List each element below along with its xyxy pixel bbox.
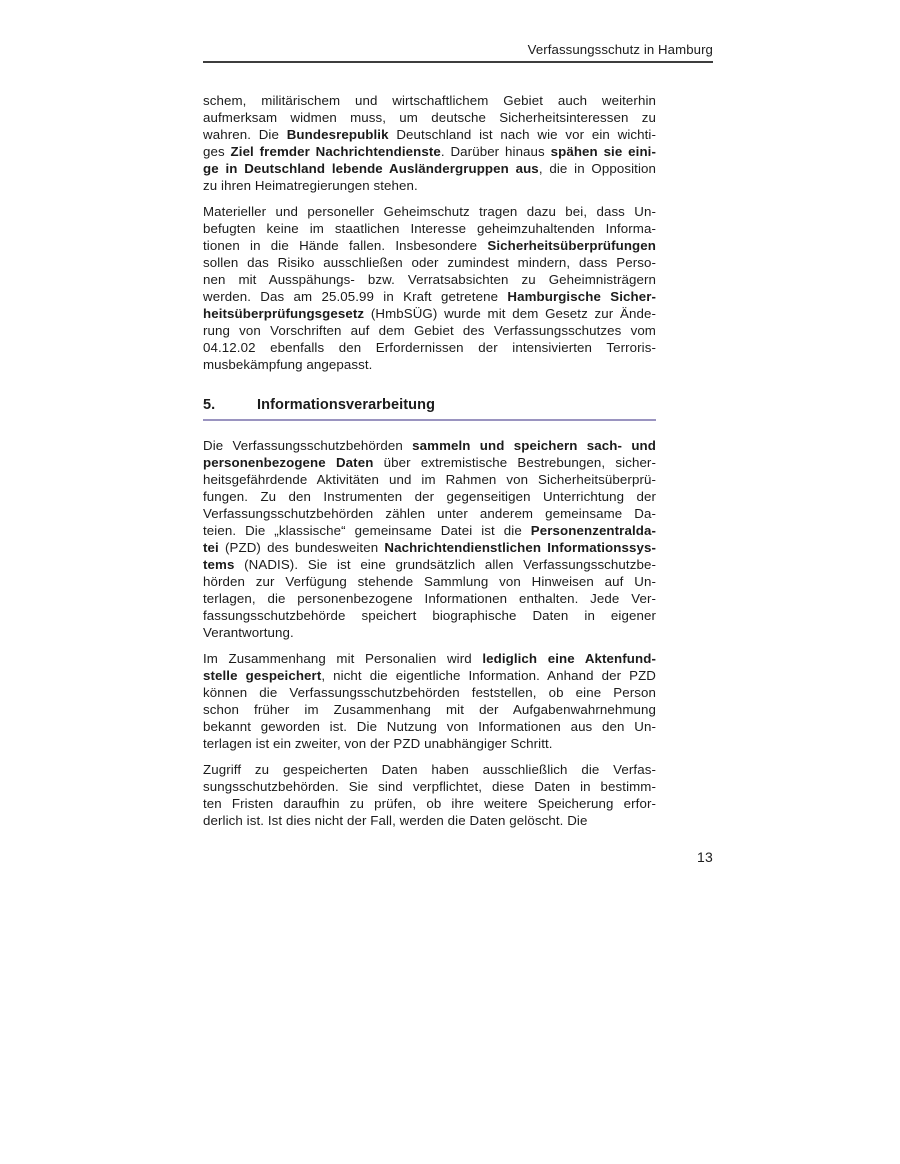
page-header-title: Verfassungsschutz in Hamburg [528, 42, 713, 57]
bold-text-run: Nachrichtendienstlichen Informationssys- [384, 540, 656, 555]
text-run: (NADIS). Sie ist eine grundsätzlich alle… [234, 557, 656, 572]
text-line: heitsgefährdende Aktivitäten und im Rahm… [203, 471, 656, 488]
text-line: zu ihren Heimatregierungen stehen. [203, 177, 656, 194]
text-line: Im Zusammenhang mit Personalien wird led… [203, 650, 656, 667]
text-run: Verfassungsschutzbehörden zählen unter a… [203, 506, 656, 521]
text-line: tems (NADIS). Sie ist eine grundsätzlich… [203, 556, 656, 573]
text-run: hörden zur Verfügung stehende Sammlung v… [203, 574, 656, 589]
text-run: sungsschutzbehörden. Sie sind verpflicht… [203, 779, 656, 794]
paragraph: schem, militärischem und wirtschaftliche… [203, 92, 656, 194]
text-line: terlagen, die personenbezogene Informati… [203, 590, 656, 607]
text-run: schem, militärischem und wirtschaftliche… [203, 93, 656, 108]
text-run: sollen das Risiko ausschließen oder zumi… [203, 255, 656, 270]
text-line: hörden zur Verfügung stehende Sammlung v… [203, 573, 656, 590]
text-line: Verantwortung. [203, 624, 656, 641]
text-line: Zugriff zu gespeicherten Daten haben aus… [203, 761, 656, 778]
text-run: befugten keine im staatlichen Interesse … [203, 221, 656, 236]
bold-text-run: ge in Deutschland lebende Ausländergrupp… [203, 161, 539, 176]
text-run: terlagen, die personenbezogene Informati… [203, 591, 656, 606]
text-run: Verantwortung. [203, 625, 294, 640]
text-run: 04.12.02 ebenfalls den Erfordernissen de… [203, 340, 656, 355]
text-run: . Darüber hinaus [441, 144, 551, 159]
text-line: musbekämpfung angepasst. [203, 356, 656, 373]
text-line: können die Verfassungsschutzbehörden fes… [203, 684, 656, 701]
text-line: 04.12.02 ebenfalls den Erfordernissen de… [203, 339, 656, 356]
text-line: befugten keine im staatlichen Interesse … [203, 220, 656, 237]
text-run: , die in Opposition [539, 161, 656, 176]
bold-text-run: Sicherheitsüberprüfungen [487, 238, 656, 253]
text-line: tei (PZD) des bundesweiten Nachrichtendi… [203, 539, 656, 556]
text-run: werden. Das am 25.05.99 in Kraft getrete… [203, 289, 507, 304]
text-line: ge in Deutschland lebende Ausländergrupp… [203, 160, 656, 177]
text-line: terlagen ist ein zweiter, von der PZD un… [203, 735, 656, 752]
text-run: Die Verfassungsschutzbehörden [203, 438, 412, 453]
section-heading-title: Informationsverarbeitung [257, 397, 435, 413]
text-line: fassungsschutzbehörde speichert biograph… [203, 607, 656, 624]
bold-text-run: tems [203, 557, 234, 572]
bold-text-run: lediglich eine Aktenfund- [482, 651, 656, 666]
page-header: Verfassungsschutz in Hamburg [203, 42, 713, 63]
text-line: aufmerksam widmen muss, um deutsche Sich… [203, 109, 656, 126]
paragraph: Die Verfassungsschutzbehörden sammeln un… [203, 437, 656, 641]
text-line: schem, militärischem und wirtschaftliche… [203, 92, 656, 109]
paragraph: Materieller und personeller Geheimschutz… [203, 203, 656, 373]
page-number: 13 [697, 849, 713, 865]
bold-text-run: Ziel fremder Nachrichtendienste [231, 144, 441, 159]
text-run: tionen in die Hände fallen. Insbesondere [203, 238, 487, 253]
section-heading: 5.Informationsverarbeitung [203, 385, 656, 421]
text-run: Deutschland ist nach wie vor ein wichti- [389, 127, 656, 142]
text-line: bekannt geworden ist. Die Nutzung von In… [203, 718, 656, 735]
text-line: stelle gespeichert, nicht die eigentlich… [203, 667, 656, 684]
text-run: bekannt geworden ist. Die Nutzung von In… [203, 719, 656, 734]
text-line: sungsschutzbehörden. Sie sind verpflicht… [203, 778, 656, 795]
text-run: aufmerksam widmen muss, um deutsche Sich… [203, 110, 656, 125]
text-line: fungen. Zu den Instrumenten der gegensei… [203, 488, 656, 505]
section-heading-number: 5. [203, 397, 257, 414]
bold-text-run: heitsüberprüfungsgesetz [203, 306, 364, 321]
text-line: Materieller und personeller Geheimschutz… [203, 203, 656, 220]
text-run: fassungsschutzbehörde speichert biograph… [203, 608, 656, 623]
text-run: ges [203, 144, 231, 159]
text-run: ten Fristen daraufhin zu prüfen, ob ihre… [203, 796, 656, 811]
text-run: können die Verfassungsschutzbehörden fes… [203, 685, 656, 700]
bold-text-run: tei [203, 540, 219, 555]
text-run: nen mit Ausspähungs- bzw. Verratsabsicht… [203, 272, 656, 287]
page-footer: 13 [203, 849, 713, 865]
text-line: personenbezogene Daten über extremistisc… [203, 454, 656, 471]
text-run: musbekämpfung angepasst. [203, 357, 372, 372]
text-line: ges Ziel fremder Nachrichtendienste. Dar… [203, 143, 656, 160]
bold-text-run: Bundesrepublik [287, 127, 389, 142]
text-run: über extremistische Bestrebungen, sicher… [373, 455, 656, 470]
text-run: rung von Vorschriften auf dem Gebiet des… [203, 323, 656, 338]
text-line: ten Fristen daraufhin zu prüfen, ob ihre… [203, 795, 656, 812]
text-run: schon früher im Zusammenhang mit der Auf… [203, 702, 656, 717]
text-run: zu ihren Heimatregierungen stehen. [203, 178, 418, 193]
bold-text-run: stelle gespeichert [203, 668, 321, 683]
text-run: heitsgefährdende Aktivitäten und im Rahm… [203, 472, 656, 487]
text-run: wahren. Die [203, 127, 287, 142]
text-run: teien. Die „klassische“ gemeinsame Datei… [203, 523, 531, 538]
text-run: Im Zusammenhang mit Personalien wird [203, 651, 482, 666]
text-run: terlagen ist ein zweiter, von der PZD un… [203, 736, 553, 751]
text-run: derlich ist. Ist dies nicht der Fall, we… [203, 813, 587, 828]
bold-text-run: Hamburgische Sicher- [507, 289, 656, 304]
text-line: werden. Das am 25.05.99 in Kraft getrete… [203, 288, 656, 305]
text-line: rung von Vorschriften auf dem Gebiet des… [203, 322, 656, 339]
bold-text-run: personenbezogene Daten [203, 455, 373, 470]
text-line: schon früher im Zusammenhang mit der Auf… [203, 701, 656, 718]
bold-text-run: Personenzentralda- [531, 523, 656, 538]
text-run: , nicht die eigentliche Information. Anh… [321, 668, 656, 683]
text-line: teien. Die „klassische“ gemeinsame Datei… [203, 522, 656, 539]
text-line: nen mit Ausspähungs- bzw. Verratsabsicht… [203, 271, 656, 288]
paragraph: Zugriff zu gespeicherten Daten haben aus… [203, 761, 656, 829]
bold-text-run: sammeln und speichern sach- und [412, 438, 656, 453]
text-line: wahren. Die Bundesrepublik Deutschland i… [203, 126, 656, 143]
paragraph: Im Zusammenhang mit Personalien wird led… [203, 650, 656, 752]
bold-text-run: spähen sie eini- [551, 144, 656, 159]
text-run: Materieller und personeller Geheimschutz… [203, 204, 656, 219]
text-run: Zugriff zu gespeicherten Daten haben aus… [203, 762, 656, 777]
text-line: sollen das Risiko ausschließen oder zumi… [203, 254, 656, 271]
text-run: fungen. Zu den Instrumenten der gegensei… [203, 489, 656, 504]
text-line: tionen in die Hände fallen. Insbesondere… [203, 237, 656, 254]
document-page: Verfassungsschutz in Hamburg schem, mili… [203, 42, 713, 865]
text-line: Die Verfassungsschutzbehörden sammeln un… [203, 437, 656, 454]
text-run: (HmbSÜG) wurde mit dem Gesetz zur Ände- [364, 306, 656, 321]
text-run: (PZD) des bundesweiten [219, 540, 385, 555]
page-content: schem, militärischem und wirtschaftliche… [203, 92, 656, 829]
text-line: Verfassungsschutzbehörden zählen unter a… [203, 505, 656, 522]
text-line: derlich ist. Ist dies nicht der Fall, we… [203, 812, 656, 829]
text-line: heitsüberprüfungsgesetz (HmbSÜG) wurde m… [203, 305, 656, 322]
